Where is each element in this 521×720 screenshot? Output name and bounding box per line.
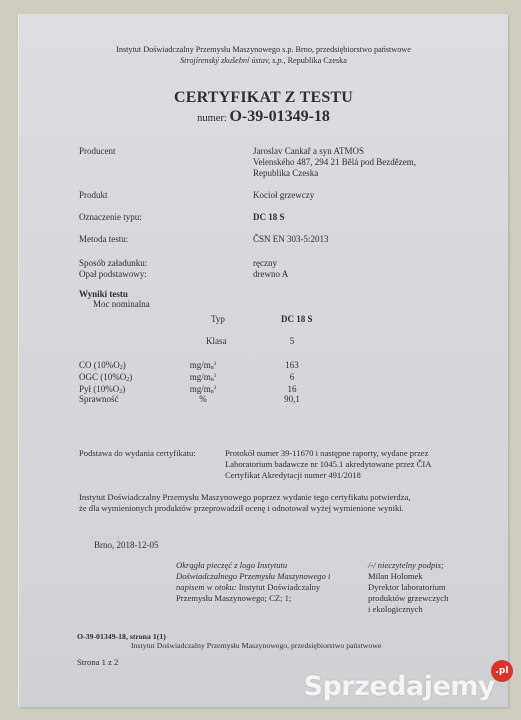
result-unit: mg/mn3 <box>182 360 224 371</box>
basis-line-2: Laboratorium badawcze nr 1045.1 akredyto… <box>225 459 431 469</box>
result-value: 16 <box>277 384 307 394</box>
basis-label: Podstawa do wydania certyfikatu: <box>79 448 196 458</box>
loading-value: ręczny <box>253 258 277 268</box>
type-value: DC 18 S <box>253 212 285 222</box>
method-value: ČSN EN 303-5:2013 <box>253 234 329 244</box>
results-type-value: DC 18 S <box>281 314 313 324</box>
sprzedajemy-watermark: Sprzedajemy <box>304 671 495 702</box>
fuel-value: drewno A <box>253 269 288 279</box>
fuel-label: Opał podstawowy: <box>79 269 147 279</box>
signature-title-2: produktów grzewczych <box>368 593 448 603</box>
result-name: OGC (10%O2) <box>79 372 132 383</box>
certificate-title: CERTYFIKAT Z TESTU <box>19 89 508 107</box>
loading-label: Sposób załadunku: <box>79 258 147 268</box>
institute-header-line2: Strojírenský zkušební ústav, s.p., Repub… <box>19 56 508 65</box>
producer-line-1: Jaroslav Cankař a syn ATMOS <box>253 146 364 156</box>
type-label: Oznaczenie typu: <box>79 212 142 222</box>
basis-line-1: Protokół numer 39-11670 i następne rapor… <box>225 448 428 458</box>
certificate-number: numer: O-39-01349-18 <box>19 108 508 126</box>
stamp-line-2: Doświadczalnego Przemysłu Maszynowego i <box>176 571 330 581</box>
product-value: Kocioł grzewczy <box>253 190 314 200</box>
results-class-value: 5 <box>285 336 299 346</box>
signature-line-1: /-/ nieczytelny podpis; <box>368 560 444 570</box>
footer-ref: O-39-01349-18, strona 1(1) <box>77 632 166 641</box>
institute-header-line1: Instytut Doświadczalny Przemysłu Maszyno… <box>19 45 508 54</box>
results-subheading: Moc nominalna <box>93 299 150 309</box>
signature-name: Milan Holomek <box>368 571 423 581</box>
results-class-label: Klasa <box>206 336 227 346</box>
stamp-line-1: Okrągła pieczęć z logo Instytutu <box>176 560 287 570</box>
place-date: Brno, 2018-12-05 <box>94 540 159 550</box>
producer-line-2: Velenského 487, 294 21 Bělá pod Bezdězem… <box>253 157 416 167</box>
stamp-line-3: napisem w otoku: Instytut Doświadczalny <box>176 582 320 592</box>
signature-title-1: Dyrektor laboratorium <box>368 582 446 592</box>
result-value: 90,1 <box>277 394 307 404</box>
watermark-badge-icon: .pl <box>491 660 513 682</box>
result-unit: % <box>182 394 224 404</box>
result-name: CO (10%O2) <box>79 360 126 371</box>
signature-title-3: i ekologicznych <box>368 604 423 614</box>
result-name: Sprawność <box>79 394 119 404</box>
method-label: Metoda testu: <box>79 234 128 244</box>
results-type-label: Typ <box>211 314 225 324</box>
producer-label: Producent <box>79 146 116 156</box>
statement-line-1: Instytut Doświadczalny Przemysłu Maszyno… <box>79 492 410 502</box>
stamp-line-4: Przemysłu Maszynowego; CZ; 1; <box>176 593 291 603</box>
product-label: Produkt <box>79 190 108 200</box>
statement-line-2: że dla wymienionych produktów przeprowad… <box>79 503 404 513</box>
result-unit: mg/mn3 <box>182 372 224 383</box>
results-heading: Wyniki testu <box>79 289 128 299</box>
producer-line-3: Republika Czeska <box>253 168 318 178</box>
result-value: 6 <box>277 372 307 382</box>
basis-line-3: Certyfikat Akredytacji numer 491/2018 <box>225 470 361 480</box>
footer-institute: Instytut Doświadczalny Przemysłu Maszyno… <box>131 641 381 650</box>
certificate-page: Instytut Doświadczalny Przemysłu Maszyno… <box>18 14 508 707</box>
footer-page: Strona 1 z 2 <box>77 657 118 667</box>
result-value: 163 <box>277 360 307 370</box>
